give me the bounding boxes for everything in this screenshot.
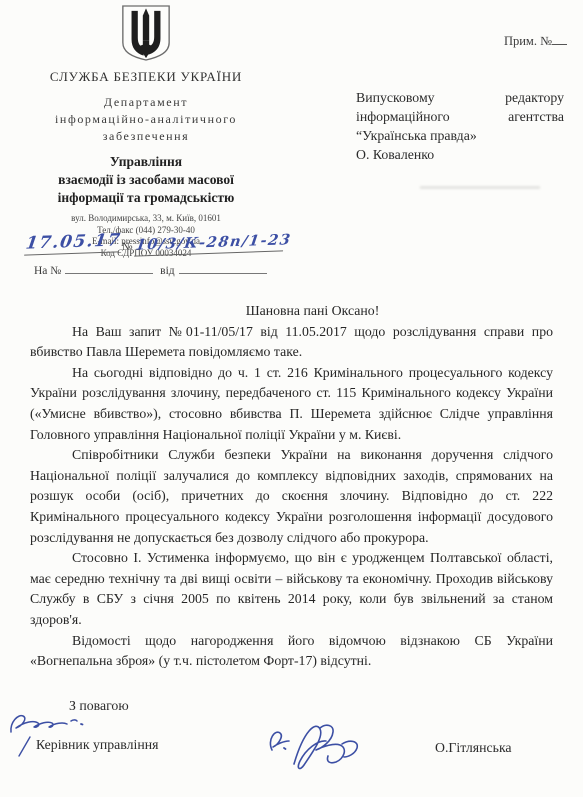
reply-no-label: На № bbox=[34, 265, 61, 277]
handwritten-signature bbox=[262, 718, 374, 780]
division-name: Управління взаємодії із засобами масової… bbox=[18, 153, 274, 207]
body-paragraph: На сьогодні відповідно до ч. 1 ст. 216 К… bbox=[30, 363, 553, 445]
addressee-line: Випусковому редактору bbox=[356, 88, 564, 107]
division-line: Управління bbox=[18, 153, 274, 171]
reply-no-blank bbox=[65, 262, 153, 274]
letterhead: СЛУЖБА БЕЗПЕКИ УКРАЇНИ Департамент інфор… bbox=[18, 4, 274, 259]
org-name: СЛУЖБА БЕЗПЕКИ УКРАЇНИ bbox=[18, 69, 274, 85]
copy-number-blank bbox=[552, 33, 567, 45]
copy-label-text: Прим. № bbox=[504, 34, 552, 48]
address-line: вул. Володимирська, 33, м. Київ, 01601 bbox=[18, 213, 274, 225]
addressee-line: інформаційного агентства bbox=[356, 107, 564, 126]
department-line: інформаційно-аналітичного bbox=[18, 111, 274, 128]
salutation: Шановна пані Оксано! bbox=[30, 301, 553, 322]
signer-name: О.Гітлянська bbox=[435, 740, 512, 756]
emblem-wrap bbox=[18, 4, 274, 62]
number-sign: № bbox=[122, 241, 133, 253]
body-paragraph: На Ваш запит №01-11/05/17 від 11.05.2017… bbox=[30, 322, 553, 363]
handwritten-date: 17.05.17 bbox=[24, 229, 122, 255]
reply-reference-line: На № від bbox=[34, 262, 271, 277]
handwritten-ref-number: 10/3/К-28п/1-23 bbox=[134, 230, 286, 256]
body-paragraph: Стосовно І. Устименка інформуємо, що він… bbox=[30, 548, 553, 630]
addressee-block: Випусковому редактору інформаційного аге… bbox=[356, 88, 564, 164]
department-name: Департамент інформаційно-аналітичного за… bbox=[18, 94, 274, 145]
body-paragraph: Співробітники Служби безпеки України на … bbox=[30, 445, 553, 548]
addressee-line: “Українська правда» bbox=[356, 126, 564, 145]
scanned-letter-page: СЛУЖБА БЕЗПЕКИ УКРАЇНИ Департамент інфор… bbox=[0, 0, 583, 797]
signer-title: Керівник управління bbox=[36, 737, 158, 753]
reply-from-blank bbox=[179, 262, 267, 274]
division-line: взаємодії із засобами масової bbox=[18, 171, 274, 189]
copy-number-label: Прим. № bbox=[504, 33, 567, 49]
letter-body: Шановна пані Оксано! На Ваш запит №01-11… bbox=[30, 301, 553, 672]
division-line: інформації та громадськістю bbox=[18, 189, 274, 207]
addressee-line: О. Коваленко bbox=[356, 145, 564, 164]
department-line: забезпечення bbox=[18, 128, 274, 145]
department-line: Департамент bbox=[18, 94, 274, 111]
scan-artifact bbox=[420, 186, 540, 189]
reference-line: 17.05.17 № 10/3/К-28п/1-23 bbox=[26, 231, 278, 254]
ukraine-trident-emblem bbox=[119, 4, 173, 62]
reply-from-label: від bbox=[160, 265, 174, 277]
body-paragraph: Відомості щодо нагородження його відомчо… bbox=[30, 631, 553, 672]
